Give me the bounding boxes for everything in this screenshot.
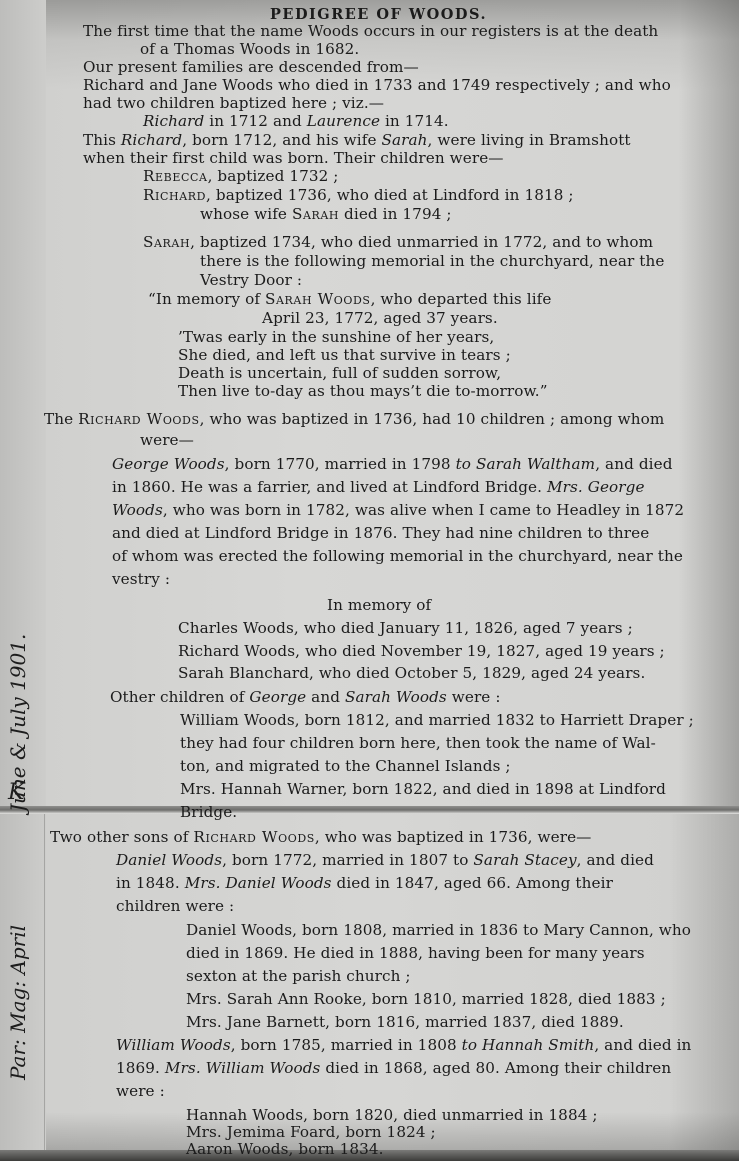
george-line: vestry :: [112, 570, 170, 588]
handwritten-note-source: Par: Mag: April: [6, 925, 30, 1080]
text: Two other sons of: [50, 828, 193, 846]
text: were :: [447, 688, 501, 706]
text: , who departed this life: [371, 290, 552, 308]
clipping-seam: [0, 806, 739, 814]
name-mrs-william: Mrs. William Woods: [165, 1059, 321, 1077]
text: in 1848.: [116, 874, 185, 892]
child-entry: Aaron Woods, born 1834.: [186, 1140, 384, 1158]
child-entry: ton, and migrated to the Channel Islands…: [180, 757, 511, 775]
george-line: George Woods, born 1770, married in 1798…: [112, 455, 673, 473]
name-william-woods: William Woods: [116, 1036, 231, 1054]
child-entry: William Woods, born 1812, and married 18…: [180, 711, 694, 729]
text: , born 1785, married in 1808: [231, 1036, 462, 1054]
child-entry: whose wife Sarah died in 1794 ;: [200, 205, 452, 223]
child-entry: Rebecca, baptized 1732 ;: [143, 167, 339, 185]
margin-rule: [44, 812, 45, 1150]
name-hannah-smith: to Hannah Smith: [462, 1036, 595, 1054]
child-name: Rebecca: [143, 167, 208, 185]
verse-line: Death is uncertain, full of sudden sorro…: [178, 364, 501, 382]
child-text: , baptized 1734, who died unmarried in 1…: [190, 233, 653, 251]
name-sarah-woods: Sarah Woods: [345, 688, 447, 706]
text: 1869.: [116, 1059, 165, 1077]
verse-line: ’Twas early in the sunshine of her years…: [178, 328, 494, 346]
memorial-line: Richard Woods, who died November 19, 182…: [178, 642, 665, 660]
scanned-page: PEDIGREE OF WOODS. The first time that t…: [0, 0, 739, 1161]
name-richard-woods: Richard Woods: [193, 828, 314, 846]
child-entry: Richard, baptized 1736, who died at Lind…: [143, 186, 574, 204]
name-george-woods: George Woods: [112, 455, 225, 473]
william-line: William Woods, born 1785, married in 180…: [116, 1036, 691, 1054]
memorial-line: “In memory of Sarah Woods, who departed …: [148, 290, 551, 308]
text: , born 1772, married in 1807 to: [222, 851, 473, 869]
text: whose wife: [200, 205, 292, 223]
child-entry: died in 1869. He died in 1888, having be…: [186, 944, 645, 962]
name-richard: Richard: [143, 112, 204, 130]
william-line: were :: [116, 1082, 165, 1100]
text: , who was baptized in 1736, were—: [315, 828, 592, 846]
child-entry: Daniel Woods, born 1808, married in 1836…: [186, 921, 691, 939]
child-entry: sexton at the parish church ;: [186, 967, 411, 985]
child-entry: Sarah, baptized 1734, who died unmarried…: [143, 233, 653, 251]
paragraph-line: The Richard Woods, who was baptized in 1…: [44, 410, 664, 428]
child-entry: Bridge.: [180, 803, 237, 821]
intro-line: The first time that the name Woods occur…: [83, 22, 658, 40]
name-mrs-daniel: Mrs. Daniel Woods: [185, 874, 332, 892]
text: in 1712 and: [204, 112, 306, 130]
daniel-line: in 1848. Mrs. Daniel Woods died in 1847,…: [116, 874, 613, 892]
name-sarah-stacey: Sarah Stacey: [473, 851, 576, 869]
child-entry: Mrs. Hannah Warner, born 1822, and died …: [180, 780, 666, 798]
intro-line: Richard and Jane Woods who died in 1733 …: [83, 76, 671, 94]
george-line: and died at Lindford Bridge in 1876. The…: [112, 524, 649, 542]
name-sarah: Sarah: [381, 131, 427, 149]
child-entry: Mrs. Sarah Ann Rooke, born 1810, married…: [186, 990, 666, 1008]
text: in 1860. He was a farrier, and lived at …: [112, 478, 547, 496]
text: “In memory of: [148, 290, 265, 308]
child-entry: Mrs. Jane Barnett, born 1816, married 18…: [186, 1013, 624, 1031]
verse-line: She died, and left us that survive in te…: [178, 346, 511, 364]
paragraph-line: Two other sons of Richard Woods, who was…: [50, 828, 591, 846]
child-entry-cont: there is the following memorial in the c…: [200, 252, 664, 270]
name-richard-woods: Richard Woods: [78, 410, 199, 428]
child-name: Sarah: [292, 205, 339, 223]
verse-line: Then live to-day as thou mays’t die to-m…: [178, 382, 548, 400]
text: , and died in: [594, 1036, 691, 1054]
other-children-heading: Other children of George and Sarah Woods…: [110, 688, 501, 706]
child-entry: Hannah Woods, born 1820, died unmarried …: [186, 1106, 598, 1124]
memorial-heading: In memory of: [327, 596, 431, 614]
daniel-line: children were :: [116, 897, 234, 915]
text: , and died: [595, 455, 672, 473]
name-sarah-waltham: to Sarah Waltham: [456, 455, 596, 473]
text: died in 1868, aged 80. Among their child…: [320, 1059, 671, 1077]
child-name: Richard: [143, 186, 206, 204]
george-line: Woods, who was born in 1782, was alive w…: [112, 501, 684, 519]
text: , and died: [577, 851, 654, 869]
george-line: in 1860. He was a farrier, and lived at …: [112, 478, 645, 496]
text: , born 1770, married in 1798: [225, 455, 456, 473]
memorial-line: Charles Woods, who died January 11, 1826…: [178, 619, 633, 637]
text: in 1714.: [380, 112, 449, 130]
paragraph-line: This Richard, born 1712, and his wife Sa…: [83, 131, 631, 149]
text: The: [44, 410, 78, 428]
child-entry: Mrs. Jemima Foard, born 1824 ;: [186, 1123, 436, 1141]
intro-line: of a Thomas Woods in 1682.: [140, 40, 359, 58]
daniel-line: Daniel Woods, born 1772, married in 1807…: [116, 851, 654, 869]
text: , who was baptized in 1736, had 10 child…: [200, 410, 665, 428]
memorial-line: Sarah Blanchard, who died October 5, 182…: [178, 664, 645, 682]
name-daniel-woods: Daniel Woods: [116, 851, 222, 869]
memorial-date: April 23, 1772, aged 37 years.: [262, 309, 498, 327]
george-line: of whom was erected the following memori…: [112, 547, 683, 565]
handwritten-mark: K: [8, 780, 24, 805]
child-entry-cont: Vestry Door :: [200, 271, 302, 289]
memorial-name: Sarah Woods: [265, 290, 371, 308]
name-george: George: [249, 688, 306, 706]
child-text: , baptized 1732 ;: [208, 167, 339, 185]
text: , were living in Bramshott: [428, 131, 631, 149]
intro-line: Richard in 1712 and Laurence in 1714.: [143, 112, 449, 130]
child-entry: they had four children born here, then t…: [180, 734, 656, 752]
intro-line: had two children baptized here ; viz.—: [83, 94, 384, 112]
text: Other children of: [110, 688, 249, 706]
text: died in 1847, aged 66. Among their: [332, 874, 613, 892]
name-mrs-george: Mrs. George: [547, 478, 645, 496]
william-line: 1869. Mrs. William Woods died in 1868, a…: [116, 1059, 671, 1077]
name-richard: Richard: [121, 131, 182, 149]
text: , who was born in 1782, was alive when I…: [163, 501, 684, 519]
paragraph-line: when their first child was born. Their c…: [83, 149, 504, 167]
name-woods: Woods: [112, 501, 163, 519]
name-laurence: Laurence: [307, 112, 380, 130]
intro-line: Our present families are descended from—: [83, 58, 419, 76]
child-name: Sarah: [143, 233, 190, 251]
text: , born 1712, and his wife: [182, 131, 381, 149]
text: This: [83, 131, 121, 149]
paragraph-line: were—: [140, 431, 194, 449]
text: and: [306, 688, 345, 706]
child-text: died in 1794 ;: [339, 205, 452, 223]
child-text: , baptized 1736, who died at Lindford in…: [206, 186, 574, 204]
